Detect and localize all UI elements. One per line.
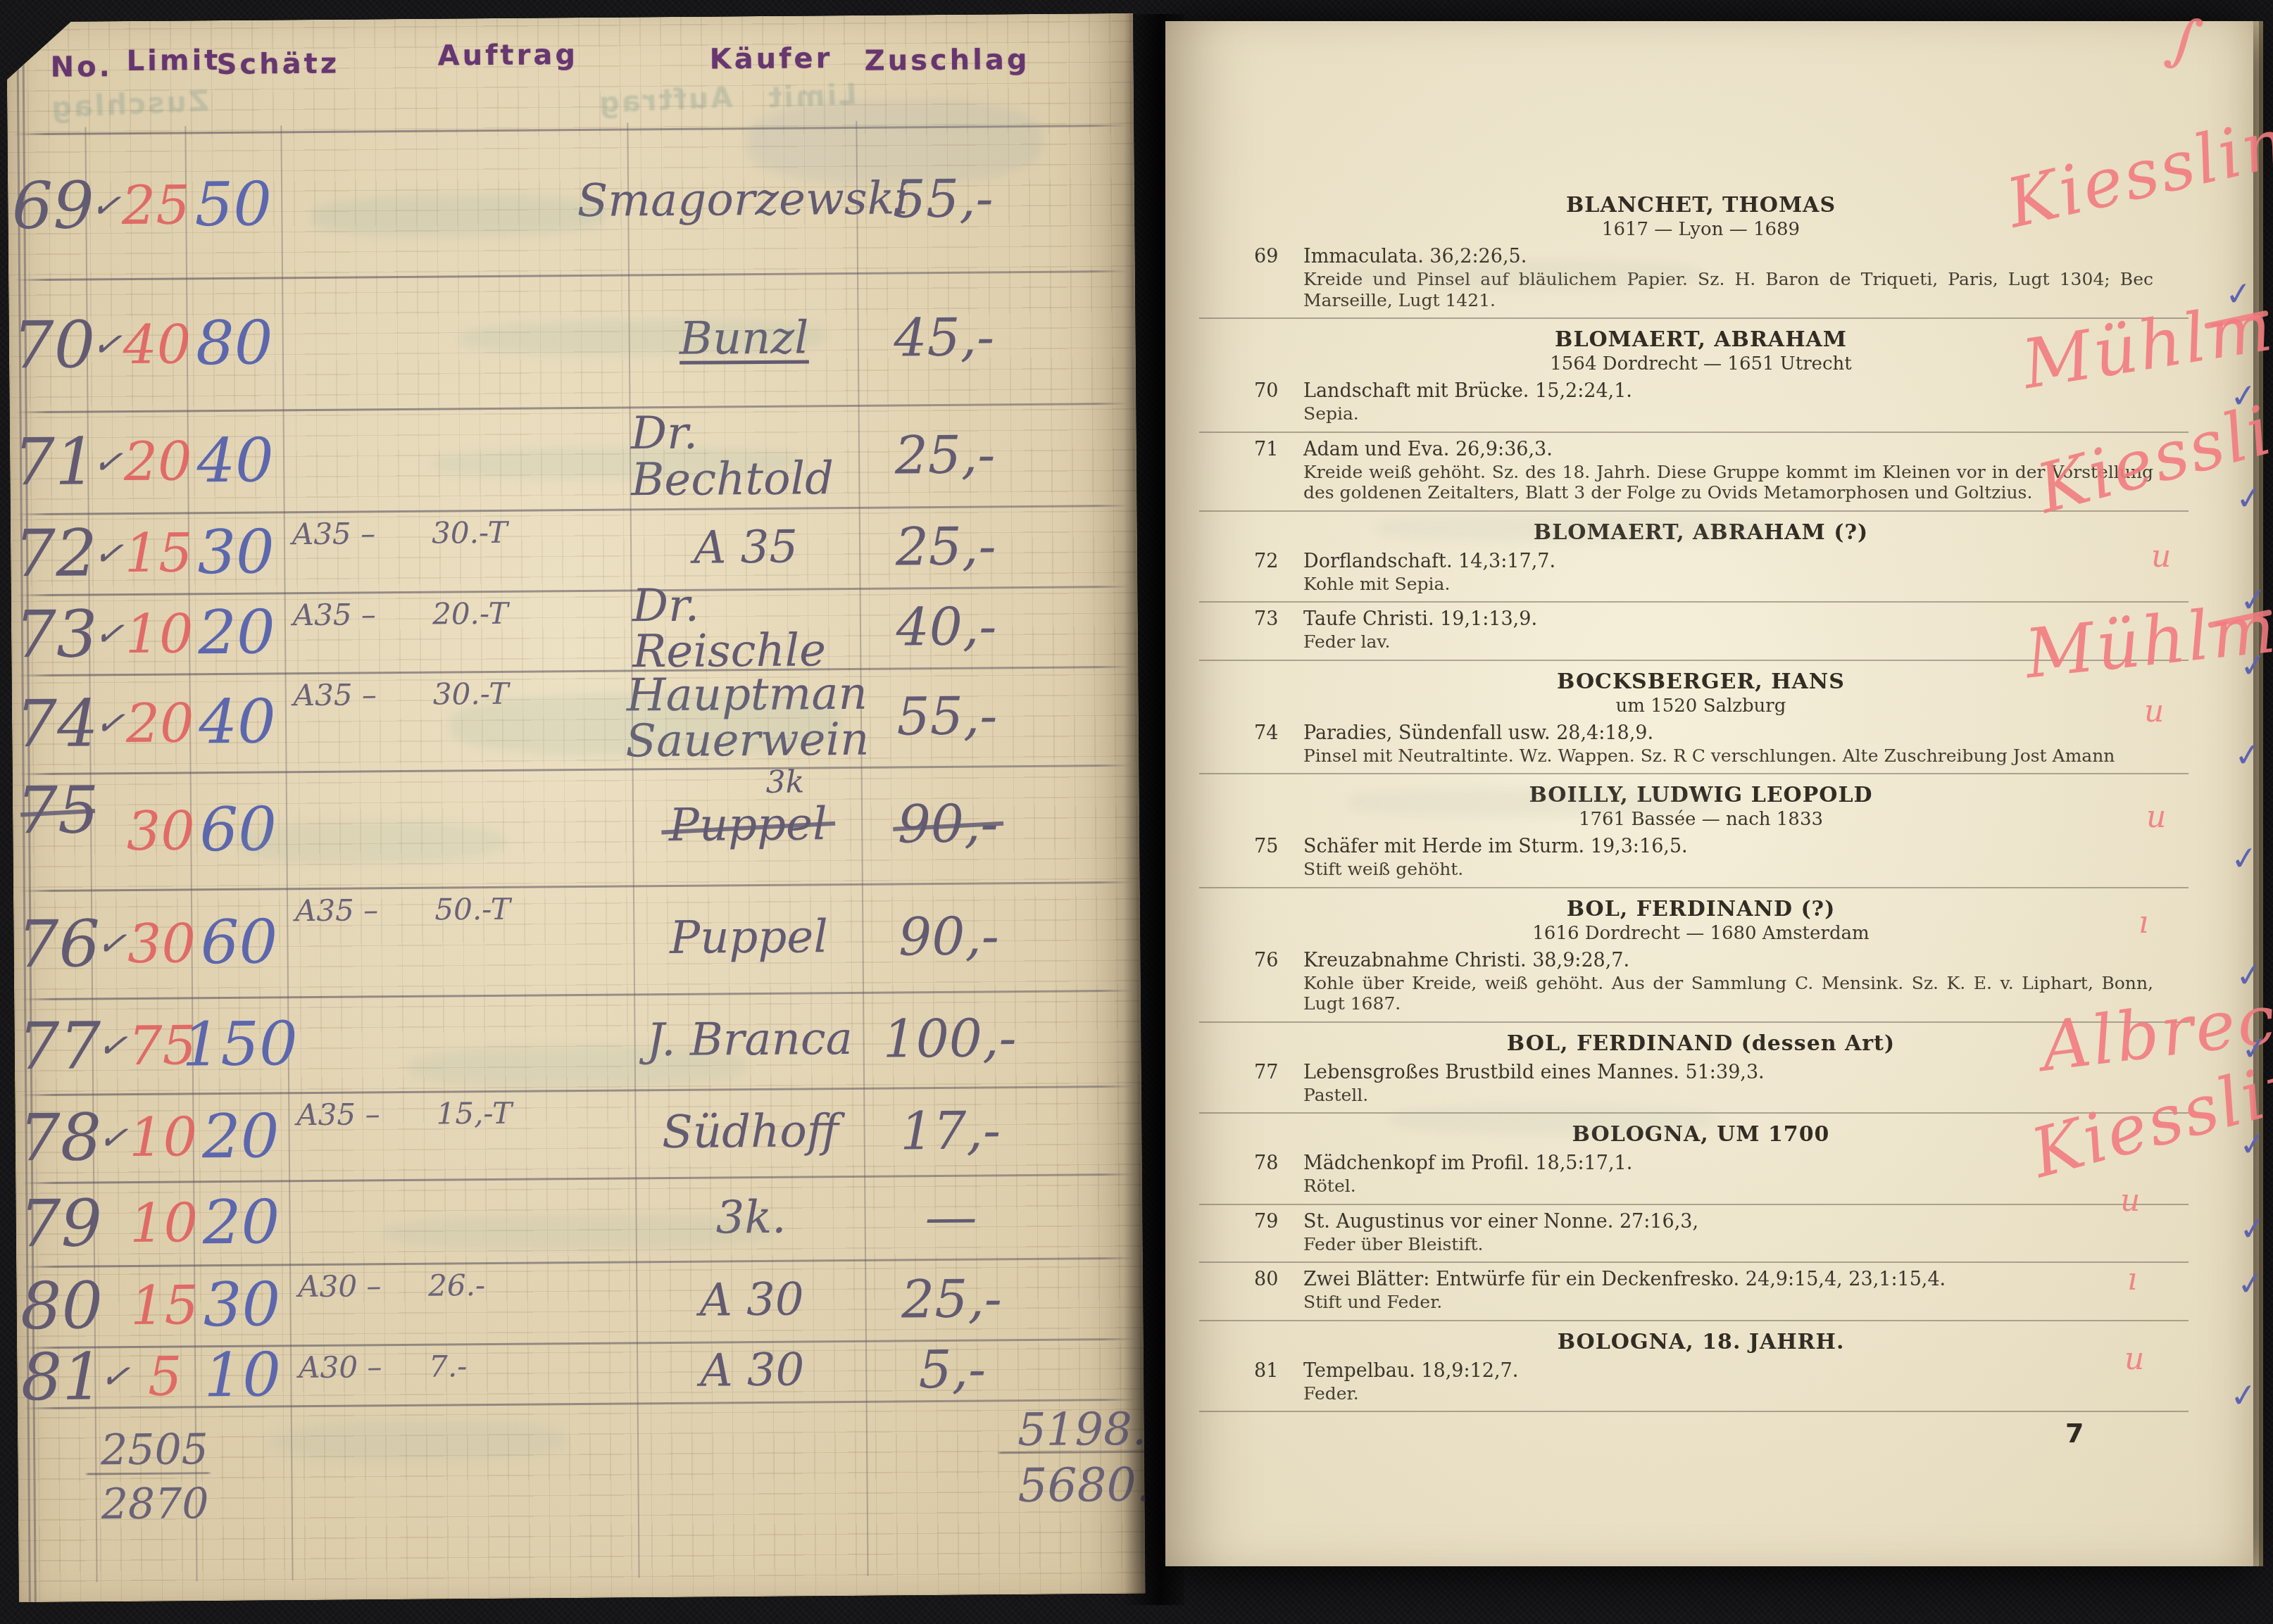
catalog-lot: 72Dorflandschaft. 14,3:17,7. [1248,550,2153,572]
catalog-lot-technique: Rötel. [1303,1176,2153,1197]
zuschlag-value-text: 45,- [894,307,994,368]
bleed-smudge-8 [746,99,1043,185]
catalog-lot-title: Dorflandschaft. 14,3:17,7. [1303,550,1555,572]
blue-check-icon-80: ✓ [2235,1263,2266,1304]
blue-check-icon-77: ✓ [2239,1028,2270,1069]
catalog-lot: 77Lebensgroßes Brustbild eines Mannes. 5… [1248,1062,2153,1083]
ledger-row: 801530A30 – 26.-A 3025,- [16,1257,1144,1347]
lot-separator-rule [1199,660,2189,661]
scanned-auction-ledger-photo: { "ledger": { "check_glyph": "✓", "heade… [0,0,2273,1624]
schaetz-value: 150 [194,996,285,1093]
lot-number-handwritten: 76 [25,889,93,998]
kaeufer-name: A 35 [632,507,860,590]
catalog-text: BLANCHET, THOMAS1617 — Lyon — 168969Imma… [1248,21,2153,1449]
zuschlag-value: 25,- [874,505,1018,588]
artist-heading: BOL, FERDINAND (?) [1248,897,2153,921]
limit-value: 10 [132,1181,195,1265]
zuschlag-value-text: 100,- [882,1008,1016,1069]
kaeufer-replacement-note: 3k [765,767,804,798]
ledger-row: 76✓3060A35 – 50.-TPuppel90,- [13,881,1141,999]
lot-separator-rule [1199,773,2189,774]
auftrag-note: A35 – 50.-T [295,886,620,997]
zuschlag-value-text: 5,- [918,1339,986,1400]
auftrag-note: A35 – 30.-T [292,509,617,593]
lot-separator-rule [1199,510,2189,512]
kaeufer-name-text: A 35 [694,524,799,571]
auftrag-note: A35 – 15,-T [296,1090,621,1181]
catalog-lot-technique: Kreide weiß gehöht. Sz. des 18. Jahrh. D… [1303,462,2153,503]
catalog-lot-title: Lebensgroßes Brustbild eines Mannes. 51:… [1303,1062,1765,1083]
blue-check-icon-79: ✓ [2237,1208,2268,1249]
catalog-bleed-0 [1348,260,1701,289]
artist-dates: 1564 Dordrecht — 1651 Utrecht [1248,353,2153,374]
kaeufer-name: Puppel [634,883,863,994]
red-dash-70 [2204,310,2269,329]
lot-separator-rule [1199,1021,2189,1023]
ledger-row: 81✓510A30 – 7.-A 305,- [17,1338,1144,1408]
catalog-lot-number: 75 [1254,836,1278,857]
lot-separator-rule [1199,1320,2189,1321]
catalog-lot-number: 71 [1254,439,1278,460]
ledger-row: 7530603kPuppel90,- [13,764,1140,890]
catalog-lot-number: 74 [1254,722,1278,744]
catalog-lot-title: Adam und Eva. 26,9:36,3. [1303,439,1553,460]
catalog-lot-number: 70 [1254,380,1278,402]
zuschlag-value: 5,- [880,1339,1025,1401]
zuschlag-value-text: 55,- [896,686,997,747]
blue-check-icon-75: ✓ [2229,838,2260,879]
catalog-lot-number: 81 [1254,1360,1278,1382]
zuschlag-value-text: 90,- [898,906,999,967]
bleed-smudge-4 [238,821,506,865]
zuschlag-value: 90,- [877,882,1021,992]
lot-number-handwritten: 77 [25,997,94,1094]
lot-separator-rule [1199,1261,2189,1263]
zuschlag-value: 17,- [878,1086,1022,1176]
lot-number-handwritten: 80 [27,1265,96,1347]
catalog-lot-title: Kreuzabnahme Christi. 38,9:28,7. [1303,950,1629,971]
limit-value: 20 [127,410,189,512]
kaeufer-name-text: Puppel [669,802,827,850]
kaeufer-name-text: Südhoff [662,1109,839,1156]
blue-check-icon-71: ✓ [2234,477,2265,518]
blue-check-icon-72: ✓ [2238,579,2269,620]
catalog-lot-technique: Feder. [1303,1383,2153,1404]
catalog-lot: 78Mädchenkopf im Profil. 18,5:17,1. [1248,1152,2153,1174]
blue-check-icon-74: ✓ [2232,734,2263,775]
catalog-lot-title: Schäfer mit Herde im Sturm. 19,3:16,5. [1303,836,1688,857]
catalog-lot-title: Tempelbau. 18,9:12,7. [1303,1360,1518,1382]
catalog-lot-technique: Stift und Feder. [1303,1292,2153,1313]
catalog-lot-number: 76 [1254,950,1278,971]
artist-dates: um 1520 Salzburg [1248,695,2153,717]
zuschlag-value: 40,- [875,586,1019,668]
catalog-lot-number: 80 [1254,1269,1278,1290]
auftrag-note: A30 – 26.- [298,1261,622,1345]
catalog-lot-number: 72 [1254,550,1278,572]
lot-number-handwritten: 79 [27,1181,95,1266]
catalog-lot-title: Taufe Christi. 19,1:13,9. [1303,608,1537,630]
limit-value: 25 [124,132,187,278]
catalog-lot-number: 79 [1254,1211,1278,1233]
schaetz-total-top: 2505 [101,1425,207,1475]
catalog-lot: 74Paradies, Sündenfall usw. 28,4:18,9. [1248,722,2153,744]
page-number: 7 [2065,1418,2153,1449]
zuschlag-value-text: 25,- [901,1269,1002,1330]
kaeufer-name: Südhoff [636,1088,865,1178]
limit-value: 10 [128,593,191,674]
ledger-rows: 69✓2550Smagorzewski55,-70✓4080Bunzl45,-7… [6,13,1146,1602]
limit-value: 40 [125,277,188,410]
limit-value: 5 [134,1345,196,1406]
catalog-bleed-2 [1348,788,1715,817]
limit-value: 30 [130,772,192,889]
catalog-lot-technique: Pinsel mit Neutraltinte. Wz. Wappen. Sz.… [1303,745,2153,767]
zuschlag-value: — [879,1174,1023,1259]
catalog-lot-technique: Feder über Bleistift. [1303,1234,2153,1255]
zuschlag-value: 25,- [873,403,1017,507]
zuschlag-value: 90,- [876,765,1020,883]
schaetz-value: 10 [197,1345,288,1406]
kaeufer-name: A 30 [637,1259,866,1342]
bleed-smudge-0 [311,194,606,238]
blue-check-icon-73: ✓ [2238,645,2269,686]
schaetz-value: 30 [191,511,282,593]
limit-value: 10 [132,1093,194,1181]
bleed-smudge-2 [432,446,799,481]
kaeufer-name-text: A 30 [699,1277,804,1323]
zuschlag-value: 25,- [879,1258,1024,1340]
red-dash-73 [2208,610,2272,629]
catalog-bleed-3 [1391,1105,1715,1133]
kaeufer-name: Dr. Reischle [632,588,861,670]
lot-separator-rule [1199,1411,2189,1412]
lot-number-handwritten: 78 [26,1093,94,1182]
auftrag-note: A35 – 20.-T [293,590,618,673]
limit-value: 20 [128,673,191,772]
schaetz-value: 20 [192,592,282,673]
kaeufer-name-text: Puppel [670,915,828,962]
blue-check-icon-76: ✓ [2234,955,2265,995]
limit-value: 15 [133,1264,196,1346]
schaetz-value: 40 [190,409,281,512]
artist-heading: BLANCHET, THOMAS [1248,193,2153,218]
bleed-smudge-3 [449,691,844,757]
catalog-lot-title: Zwei Blätter: Entwürfe für ein Deckenfre… [1303,1269,1946,1290]
catalog-lot-technique: Feder lav. [1303,631,2153,653]
catalog-lot-technique: Pastell. [1303,1085,2153,1106]
artist-dates: 1616 Dordrecht — 1680 Amsterdam [1248,923,2153,944]
lot-separator-rule [1199,887,2189,888]
lot-number-handwritten: 75 [24,772,92,848]
artist-heading: BOL, FERDINAND (dessen Art) [1248,1031,2153,1056]
catalog-lot-technique: Stift weiß gehöht. [1303,859,2153,880]
artist-heading: BOLOGNA, 18. JAHRH. [1248,1330,2153,1354]
limit-value: 30 [130,888,193,997]
kaeufer-name-text: Dr. Reischle [632,582,861,676]
lot-number-handwritten: 69 [18,132,87,279]
lot-number-handwritten: 81 [28,1346,96,1407]
catalog-lot-number: 77 [1254,1062,1278,1083]
catalog-lot: 70Landschaft mit Brücke. 15,2:24,1. [1248,380,2153,402]
kaeufer-name-text: A 30 [700,1348,805,1395]
catalog-lot-title: Mädchenkopf im Profil. 18,5:17,1. [1303,1152,1632,1174]
schaetz-value: 80 [189,277,280,410]
catalog-lot-title: Paradies, Sündenfall usw. 28,4:18,9. [1303,722,1653,744]
zuschlag-value-text: 25,- [894,424,995,486]
blue-check-icon-69: ✓ [2223,273,2254,314]
catalog-lot: 81Tempelbau. 18,9:12,7. [1248,1360,2153,1382]
kaeufer-name: A 30 [638,1340,867,1403]
kaeufer-name: 3kPuppel [634,767,863,886]
catalog-lot: 73Taufe Christi. 19,1:13,9. [1248,608,2153,630]
lot-number-handwritten: 70 [20,278,88,411]
ledger-row: 72✓1530A35 – 30.-TA 3525,- [11,505,1138,595]
lot-number-handwritten: 72 [22,512,90,594]
zuschlag-value: 55,- [875,667,1019,767]
catalog-lot: 75Schäfer mit Herde im Sturm. 19,3:16,5. [1248,836,2153,857]
catalog-lot-number: 73 [1254,608,1278,630]
catalog-lot-technique: Sepia. [1303,403,2153,424]
schaetz-value: 60 [194,888,284,997]
catalog-lot: 79St. Augustinus vor einer Nonne. 27:16,… [1248,1211,2153,1233]
lot-separator-rule [1199,432,2189,433]
artist-heading: BLOMAERT, ABRAHAM [1248,327,2153,352]
zuschlag-value-text: 90,- [898,793,998,855]
auftrag-note: A30 – 7.- [299,1342,623,1406]
catalog-lot-technique: Kohle mit Sepia. [1303,574,2153,595]
zuschlag-value-text: 17,- [900,1100,1001,1162]
zuschlag-value-text: 40,- [896,596,996,657]
ledger-page: No. Limit Schätz Auftrag Käufer Zuschlag… [6,13,1146,1602]
artist-heading: BOCKSBERGER, HANS [1248,669,2153,694]
red-ditto-mark-72: u [2151,539,2171,574]
bleed-smudge-7 [271,1418,567,1463]
catalog-bleed-1 [1377,514,1771,542]
schaetz-value: 50 [187,131,279,277]
ledger-check-icon: ✓ [93,1345,137,1409]
catalog-page: BLANCHET, THOMAS1617 — Lyon — 168969Imma… [1165,21,2253,1566]
zuschlag-value-text: 25,- [895,516,996,577]
lot-number-handwritten: 73 [23,593,91,674]
red-corner-mark: ∫ [2161,3,2208,77]
catalog-lot: 71Adam und Eva. 26,9:36,3. [1248,439,2153,460]
catalog-lot-title: St. Augustinus vor einer Nonne. 27:16,3, [1303,1211,1698,1233]
catalog-lot: 80Zwei Blätter: Entwürfe für ein Deckenf… [1248,1269,2153,1290]
bleed-smudge-6 [382,1213,777,1251]
catalog-lot-number: 78 [1254,1152,1278,1174]
lot-number-handwritten: 71 [21,410,89,513]
limit-value: 15 [127,512,190,593]
ledger-row: 73✓1020A35 – 20.-TDr. Reischle40,- [11,586,1139,675]
blue-check-icon-81: ✓ [2228,1375,2259,1416]
bleed-smudge-5 [409,1044,747,1089]
zuschlag-value: 100,- [877,990,1022,1088]
lot-separator-rule [1199,1204,2189,1205]
schaetz-value: 20 [196,1180,287,1264]
ledger-row: 78✓1020A35 – 15,-TSüdhoff17,- [15,1085,1142,1183]
artist-dates: 1617 — Lyon — 1689 [1248,219,2153,240]
schaetz-value: 20 [195,1092,286,1181]
zuschlag-value-text: — [925,1186,977,1247]
lot-number-handwritten: 74 [23,674,91,773]
catalog-lot-title: Landschaft mit Brücke. 15,2:24,1. [1303,380,1632,402]
lot-separator-rule [1199,317,2189,319]
catalog-lot-number: 69 [1254,246,1278,267]
schaetz-value: 30 [196,1264,287,1345]
zuschlag-value: 45,- [872,271,1016,405]
lot-separator-rule [1199,601,2189,603]
blue-check-icon-70: ✓ [2228,375,2259,416]
bleed-smudge-1 [460,318,826,356]
catalog-lot: 76Kreuzabnahme Christi. 38,9:28,7. [1248,950,2153,971]
schaetz-value: 40 [192,672,282,772]
schaetz-total-bottom: 2870 [101,1479,207,1529]
catalog-lot-technique: Kohle über Kreide, weiß gehöht. Aus der … [1303,973,2153,1014]
blue-check-icon-78: ✓ [2237,1123,2268,1164]
